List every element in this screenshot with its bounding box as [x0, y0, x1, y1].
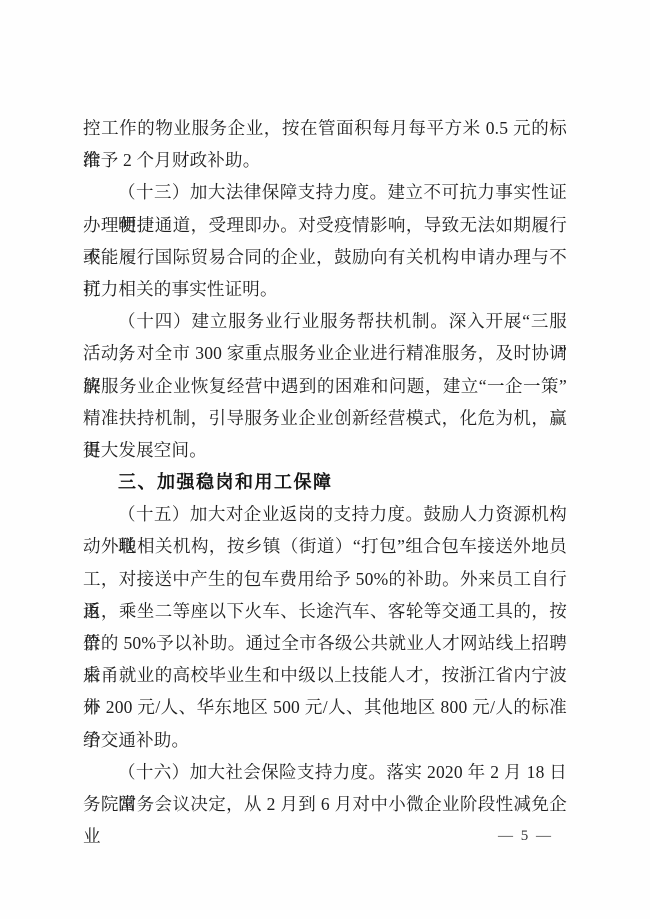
text-line: 活动，对全市 300 家重点服务业企业进行精准服务，及时协调解 — [83, 337, 567, 369]
text-line: 办理便捷通道，受理即办。对受疫情影响，导致无法如期履行或 — [83, 209, 567, 241]
text-line: 务院常务会议决定，从 2 月到 6 月对中小微企业阶段性减免企业 — [83, 788, 567, 820]
text-line: 外 200 元/人、华东地区 500 元/人、其他地区 800 元/人的标准给 — [83, 691, 567, 723]
paragraph-block: （十四）建立服务业行业服务帮扶机制。深入开展“三服务”活动，对全市 300 家重… — [83, 305, 567, 466]
section-heading-block: 三、加强稳岗和用工保障 — [83, 466, 567, 498]
paragraph-block: （十五）加大对企业返岗的支持力度。鼓励人力资源机构联动外地相关机构，按乡镇（街道… — [83, 498, 567, 756]
text-line: 动外地相关机构，按乡镇（街道）“打包”组合包车接送外地员 — [83, 530, 567, 562]
text-line: 更大发展空间。 — [83, 434, 567, 466]
text-line: （十五）加大对企业返岗的支持力度。鼓励人力资源机构联 — [83, 498, 567, 530]
text-line: 不能履行国际贸易合同的企业，鼓励向有关机构申请办理与不可 — [83, 241, 567, 273]
text-line: 给予 2 个月财政补助。 — [83, 144, 567, 176]
text-line: 价的 50%予以补助。通过全市各级公共就业人才网站线上招聘后 — [83, 627, 567, 659]
document-page: 控工作的物业服务企业，按在管面积每月每平方米 0.5 元的标准给予 2 个月财政… — [0, 0, 650, 919]
text-line: （十三）加大法律保障支持力度。建立不可抗力事实性证明 — [83, 176, 567, 208]
text-line: 抗力相关的事实性证明。 — [83, 273, 567, 305]
text-line: 予交通补助。 — [83, 724, 567, 756]
text-line: 工，对接送中产生的包车费用给予 50%的补助。外来员工自行返 — [83, 563, 567, 595]
paragraph-block: 控工作的物业服务企业，按在管面积每月每平方米 0.5 元的标准给予 2 个月财政… — [83, 112, 567, 176]
paragraph-block: （十六）加大社会保险支持力度。落实 2020 年 2 月 18 日国务院常务会议… — [83, 756, 567, 820]
text-line: （十四）建立服务业行业服务帮扶机制。深入开展“三服务” — [83, 305, 567, 337]
text-line: （十六）加大社会保险支持力度。落实 2020 年 2 月 18 日国 — [83, 756, 567, 788]
paragraph-block: （十三）加大法律保障支持力度。建立不可抗力事实性证明办理便捷通道，受理即办。对受… — [83, 176, 567, 305]
text-line: 来甬就业的高校毕业生和中级以上技能人才，按浙江省内宁波市 — [83, 659, 567, 691]
section-heading: 三、加强稳岗和用工保障 — [83, 466, 567, 498]
page-number: — 5 — — [483, 828, 568, 845]
text-line: 精准扶持机制，引导服务业企业创新经营模式，化危为机，赢得 — [83, 402, 567, 434]
document-body: 控工作的物业服务企业，按在管面积每月每平方米 0.5 元的标准给予 2 个月财政… — [83, 112, 567, 820]
text-line: 甬，乘坐二等座以下火车、长途汽车、客轮等交通工具的，按票 — [83, 595, 567, 627]
text-line: 决服务业企业恢复经营中遇到的困难和问题，建立“一企一策” — [83, 370, 567, 402]
text-line: 控工作的物业服务企业，按在管面积每月每平方米 0.5 元的标准 — [83, 112, 567, 144]
